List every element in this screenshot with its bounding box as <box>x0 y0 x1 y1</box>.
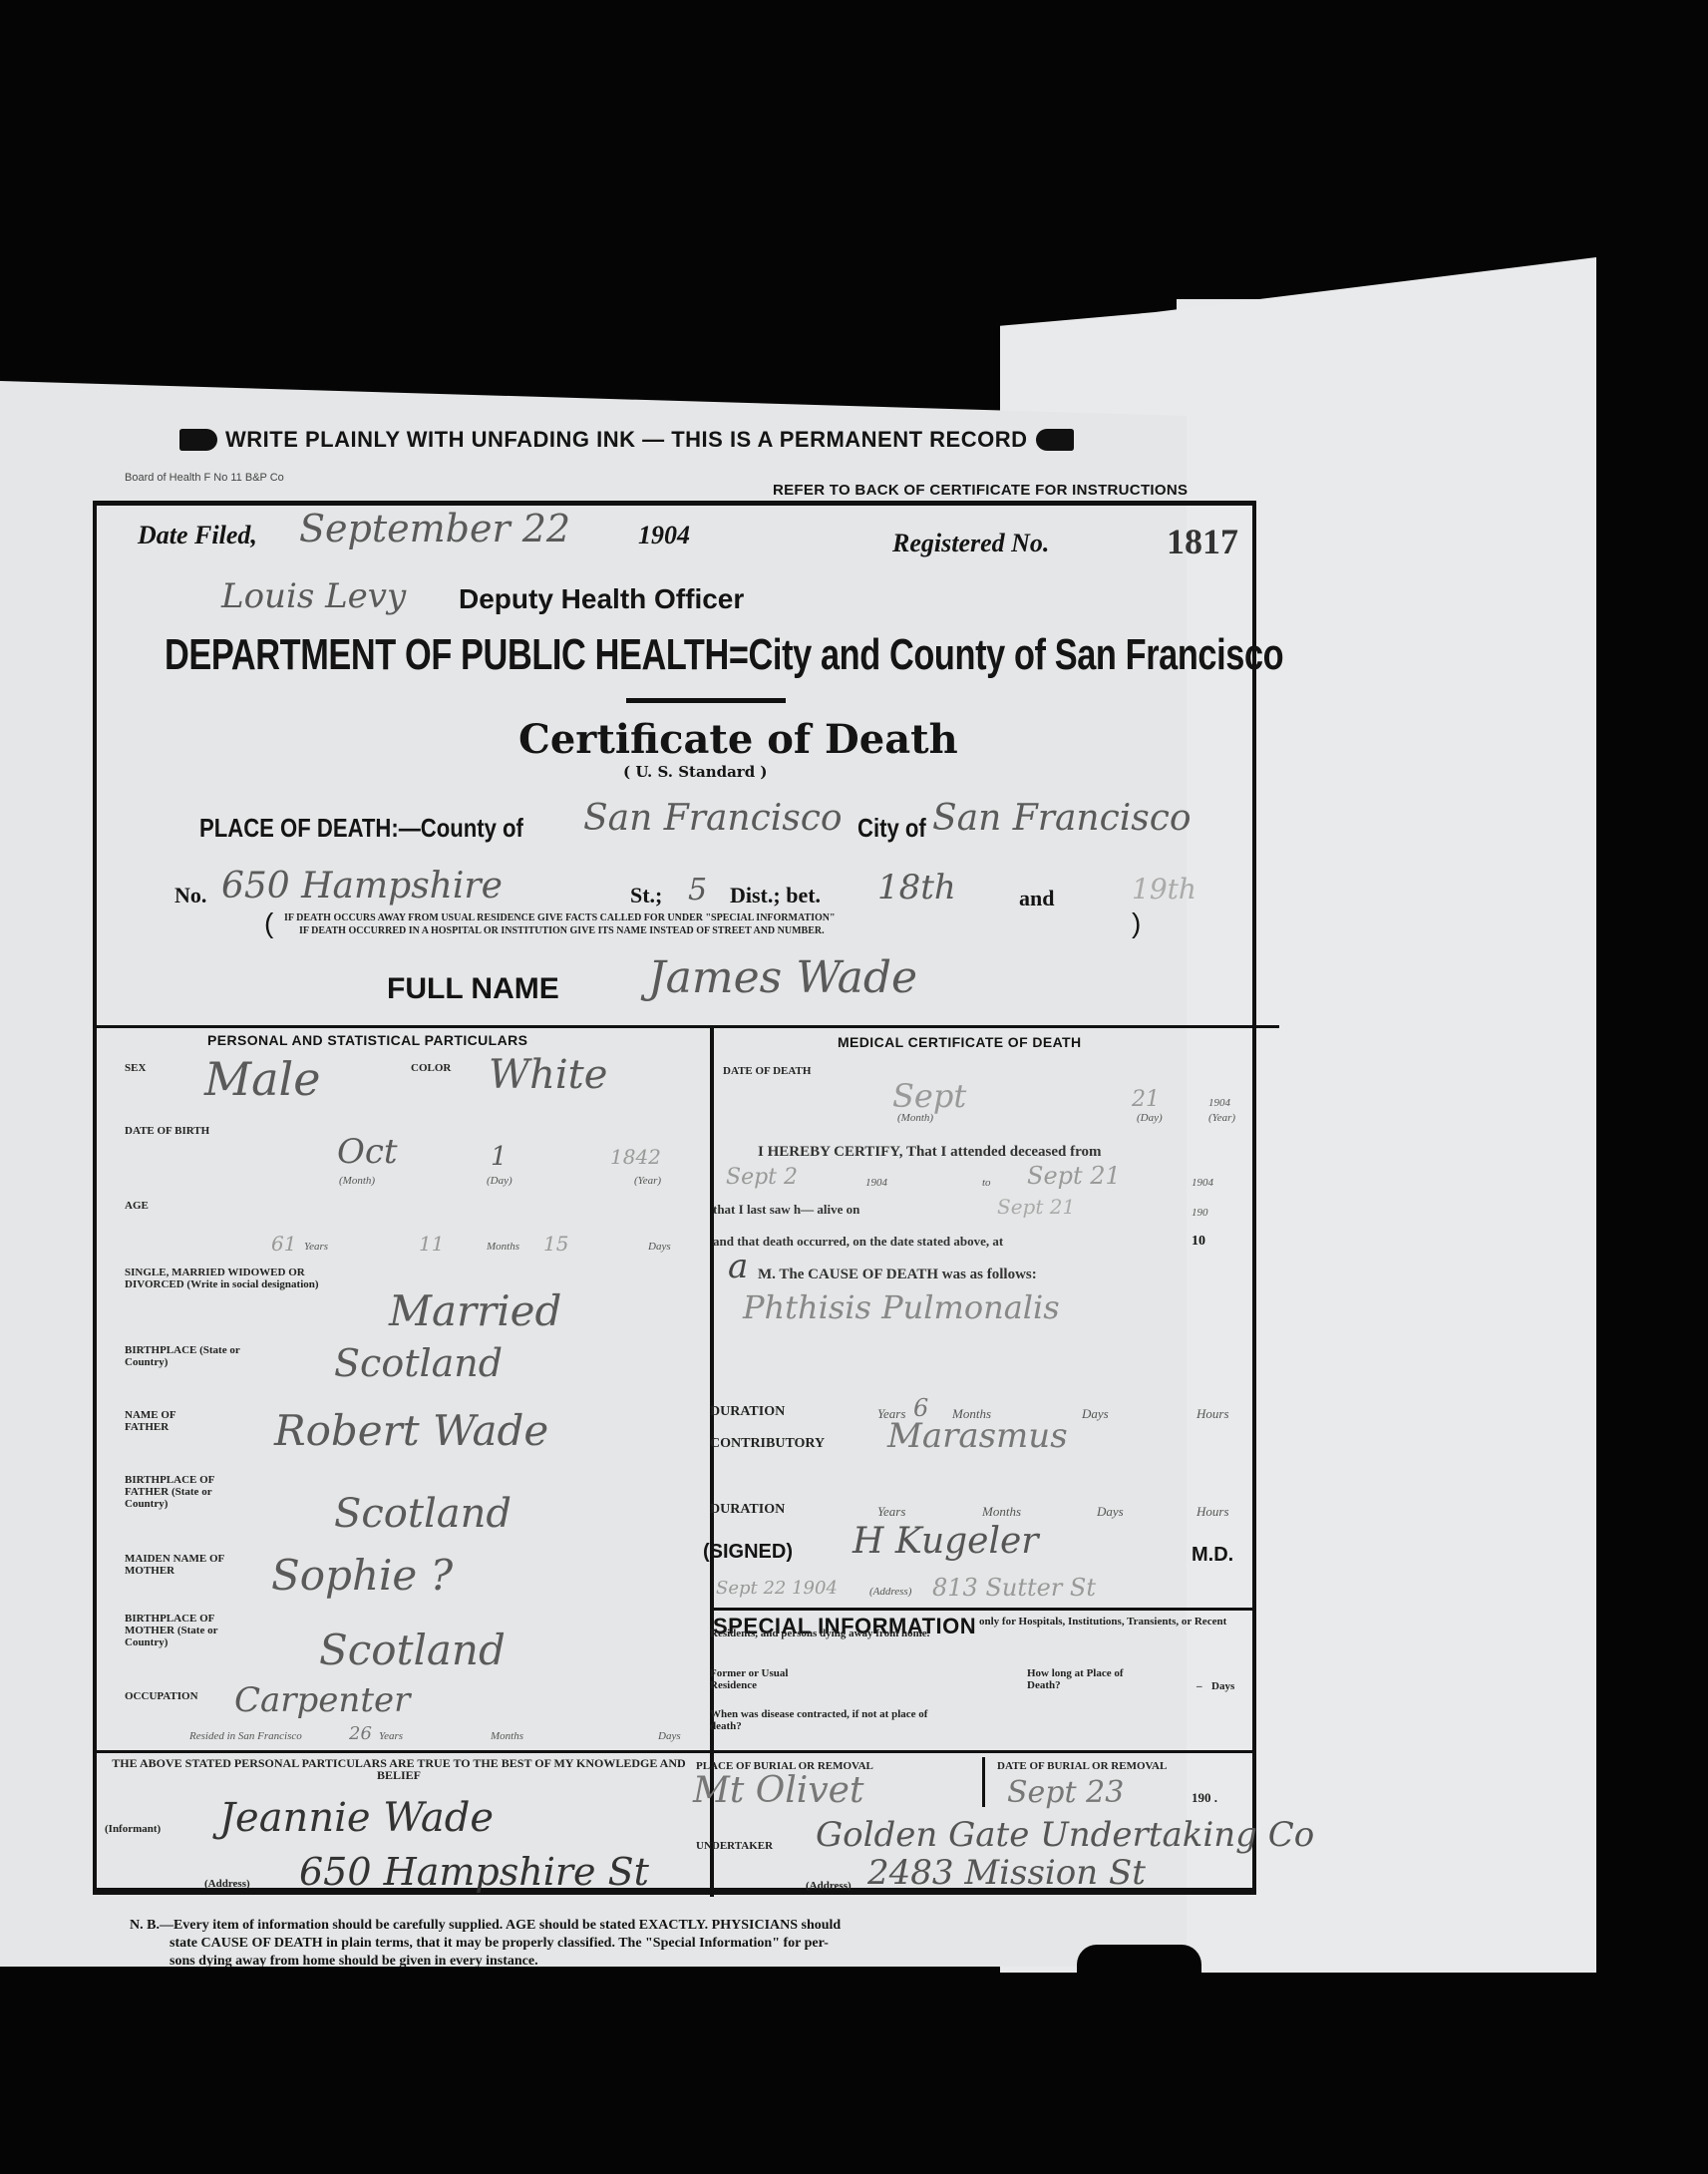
place-of-death-label: PLACE OF DEATH:—County of <box>199 813 523 844</box>
dod-day: 21 <box>1132 1087 1160 1112</box>
sex-value: Male <box>204 1052 320 1106</box>
contracted-label: When was disease contracted, if not at p… <box>710 1708 929 1732</box>
undertaker-label: UNDERTAKER <box>696 1840 773 1852</box>
date-filed-value: September 22 <box>299 507 570 550</box>
pointing-hand-icon <box>1036 429 1074 451</box>
duration2-months-caption: Months <box>982 1504 1021 1520</box>
footnote-line-2: state CAUSE OF DEATH in plain terms, tha… <box>130 1935 1187 1953</box>
age-label: AGE <box>125 1200 149 1212</box>
dob-label: DATE OF BIRTH <box>125 1125 209 1137</box>
county-value: San Francisco <box>583 798 843 839</box>
between-street-1: 18th <box>877 868 956 907</box>
signed-address-value: 813 Sutter St <box>932 1574 1096 1602</box>
full-name-label: FULL NAME <box>387 972 559 1006</box>
occurred-hour: 10 <box>1192 1234 1205 1250</box>
mother-birthplace-label: BIRTHPLACE OF MOTHER (State or Country) <box>125 1613 254 1648</box>
father-value: Robert Wade <box>274 1406 548 1455</box>
personal-heading: PERSONAL AND STATISTICAL PARTICULARS <box>207 1032 527 1048</box>
dob-month-caption: (Month) <box>339 1175 375 1187</box>
instructions-line-1: IF DEATH OCCURS AWAY FROM USUAL RESIDENC… <box>284 912 836 924</box>
age-months-caption: Months <box>487 1241 519 1253</box>
dod-label: DATE OF DEATH <box>723 1065 811 1077</box>
signed-address-label: (Address) <box>869 1586 911 1598</box>
md-label: M.D. <box>1192 1544 1233 1567</box>
officer-signature: Louis Levy <box>221 576 406 616</box>
department-title: DEPARTMENT OF PUBLIC HEALTH=City and Cou… <box>165 630 1283 680</box>
father-birthplace-label: BIRTHPLACE OF FATHER (State or Country) <box>125 1474 254 1510</box>
age-years-caption: Years <box>304 1241 328 1253</box>
to-label: to <box>982 1177 991 1189</box>
dob-year-caption: (Year) <box>634 1175 661 1187</box>
duration2-years-caption: Years <box>877 1504 905 1520</box>
burial-place-value: Mt Olivet <box>693 1770 863 1811</box>
resided-days-caption: Days <box>658 1730 681 1742</box>
duration2-label: DURATION <box>710 1504 785 1516</box>
undertaker-address-label: (Address) <box>806 1880 852 1892</box>
sex-label: SEX <box>125 1062 146 1074</box>
certificate-title: Certificate of Death <box>518 716 958 763</box>
last-saw-value: Sept 21 <box>997 1195 1075 1219</box>
between-street-2: 19th <box>1132 873 1196 906</box>
city-value: San Francisco <box>932 798 1192 839</box>
informant-statement: THE ABOVE STATED PERSONAL PARTICULARS AR… <box>105 1757 693 1781</box>
date-filed-label: Date Filed, <box>138 521 257 550</box>
age-days: 15 <box>543 1232 568 1256</box>
informant-label: (Informant) <box>105 1823 161 1835</box>
father-birthplace-value: Scotland <box>334 1491 512 1537</box>
city-label: City of <box>857 813 926 844</box>
registered-label: Registered No. <box>892 529 1049 558</box>
duration-days-caption: Days <box>1082 1406 1109 1422</box>
burial-date-year: 190 . <box>1192 1792 1217 1804</box>
title-rule <box>626 698 786 703</box>
resided-label: Resided in San Francisco <box>189 1730 302 1742</box>
full-name-value: James Wade <box>648 952 917 1003</box>
burial-date-label: DATE OF BURIAL OR REMOVAL <box>997 1760 1167 1772</box>
date-filed-year: 1904 <box>638 521 690 550</box>
mother-birthplace-value: Scotland <box>319 1626 506 1674</box>
how-long-label: How long at Place of Death? <box>1027 1667 1147 1691</box>
dod-month-caption: (Month) <box>897 1112 933 1124</box>
certify-text: I HEREBY CERTIFY, That I attended deceas… <box>758 1144 1102 1161</box>
last-saw-label: that I last saw h— alive on <box>713 1202 859 1218</box>
undertaker-value: Golden Gate Undertaking Co <box>816 1815 1314 1855</box>
occupation-value: Carpenter <box>234 1680 410 1720</box>
birthplace-label: BIRTHPLACE (State or Country) <box>125 1344 254 1368</box>
street-value: 650 Hampshire <box>221 866 503 906</box>
paren-close: ) <box>1132 907 1141 939</box>
resided-years: 26 <box>349 1723 372 1744</box>
clip-shadow <box>1077 1945 1201 2174</box>
father-label: NAME OF FATHER <box>125 1409 204 1433</box>
medical-heading: MEDICAL CERTIFICATE OF DEATH <box>838 1034 1082 1050</box>
and-label: and <box>1019 886 1054 911</box>
dob-year: 1842 <box>610 1145 661 1169</box>
special-divider <box>714 1608 1256 1611</box>
former-residence-label: Former or Usual Residence <box>710 1667 820 1691</box>
printer-line: Board of Health F No 11 B&P Co <box>125 472 284 484</box>
signed-value: H Kugeler <box>853 1521 1039 1562</box>
burial-divider-vertical <box>982 1757 985 1807</box>
instructions-line-2: IF DEATH OCCURRED IN A HOSPITAL OR INSTI… <box>299 925 825 937</box>
pointing-hand-icon <box>179 429 217 451</box>
section-divider <box>93 1025 1279 1028</box>
district-value: 5 <box>688 873 707 907</box>
informant-address-label: (Address) <box>204 1878 250 1890</box>
occupation-label: OCCUPATION <box>125 1690 198 1702</box>
ink-banner: WRITE PLAINLY WITH UNFADING INK — THIS I… <box>179 427 1256 453</box>
informant-value: Jeannie Wade <box>219 1795 494 1841</box>
mother-label: MAIDEN NAME OF MOTHER <box>125 1553 254 1577</box>
cause-value: Phthisis Pulmonalis <box>743 1288 1060 1326</box>
occurred-text: and that death occurred, on the date sta… <box>713 1234 1003 1250</box>
how-long-value: – <box>1196 1680 1202 1692</box>
footnote: N. B.—Every item of information should b… <box>130 1917 1187 1971</box>
meridiem: a <box>728 1247 748 1286</box>
resided-months-caption: Months <box>491 1730 523 1742</box>
paren-open: ( <box>264 907 273 939</box>
contributory-label: CONTRIBUTORY <box>710 1438 825 1450</box>
banner-text: WRITE PLAINLY WITH UNFADING INK — THIS I… <box>225 427 1028 453</box>
dob-month: Oct <box>337 1132 398 1172</box>
age-years: 61 <box>271 1232 296 1256</box>
duration2-hours-caption: Hours <box>1196 1504 1229 1520</box>
certificate-subtitle: ( U. S. Standard ) <box>623 763 768 781</box>
duration-label: DURATION <box>710 1406 785 1418</box>
footnote-line-1: N. B.—Every item of information should b… <box>130 1917 1187 1935</box>
special-heading-note: only for Hospitals, Institutions, Transi… <box>710 1616 1248 1639</box>
birthplace-value: Scotland <box>334 1341 503 1385</box>
duration2-days-caption: Days <box>1097 1504 1124 1520</box>
dob-day-caption: (Day) <box>487 1175 512 1187</box>
signed-date: Sept 22 1904 <box>716 1578 838 1599</box>
color-value: White <box>489 1052 607 1098</box>
signed-label: (SIGNED) <box>703 1541 793 1564</box>
burial-date-value: Sept 23 <box>1007 1775 1124 1810</box>
age-days-caption: Days <box>648 1241 671 1253</box>
contributory-value: Marasmus <box>887 1416 1068 1456</box>
district-label: Dist.; bet. <box>730 883 821 908</box>
number-label: No. <box>174 883 206 908</box>
informant-address-value: 650 Hampshire St <box>299 1850 649 1894</box>
burial-divider <box>714 1750 1256 1753</box>
informant-divider <box>97 1750 710 1753</box>
resided-years-caption: Years <box>379 1730 403 1742</box>
footnote-line-3: sons dying away from home should be give… <box>130 1953 1187 1971</box>
street-suffix-label: St.; <box>630 883 662 908</box>
color-label: COLOR <box>411 1062 451 1074</box>
marital-value: Married <box>389 1286 561 1335</box>
duration-hours-caption: Hours <box>1196 1406 1229 1422</box>
days-caption: Days <box>1211 1680 1234 1692</box>
attended-from: Sept 2 <box>726 1165 798 1190</box>
refer-instructions: REFER TO BACK OF CERTIFICATE FOR INSTRUC… <box>773 482 1188 499</box>
last-saw-year: 190 <box>1192 1207 1208 1219</box>
age-months: 11 <box>419 1232 444 1256</box>
dod-year: 1904 <box>1208 1097 1230 1109</box>
marital-label: SINGLE, MARRIED WIDOWED OR DIVORCED (Wri… <box>125 1267 354 1290</box>
registered-number: 1817 <box>1167 521 1238 562</box>
attended-from-year: 1904 <box>865 1177 887 1189</box>
dod-year-caption: (Year) <box>1208 1112 1235 1124</box>
dob-day: 1 <box>491 1142 508 1172</box>
undertaker-address-value: 2483 Mission St <box>867 1853 1146 1893</box>
attended-to: Sept 21 <box>1027 1162 1121 1190</box>
dod-month: Sept <box>892 1077 966 1115</box>
officer-title: Deputy Health Officer <box>459 583 744 615</box>
attended-to-year: 1904 <box>1192 1177 1213 1189</box>
cause-label: M. The CAUSE OF DEATH was as follows: <box>758 1267 1037 1283</box>
mother-value: Sophie ? <box>271 1551 453 1600</box>
dod-day-caption: (Day) <box>1137 1112 1163 1124</box>
